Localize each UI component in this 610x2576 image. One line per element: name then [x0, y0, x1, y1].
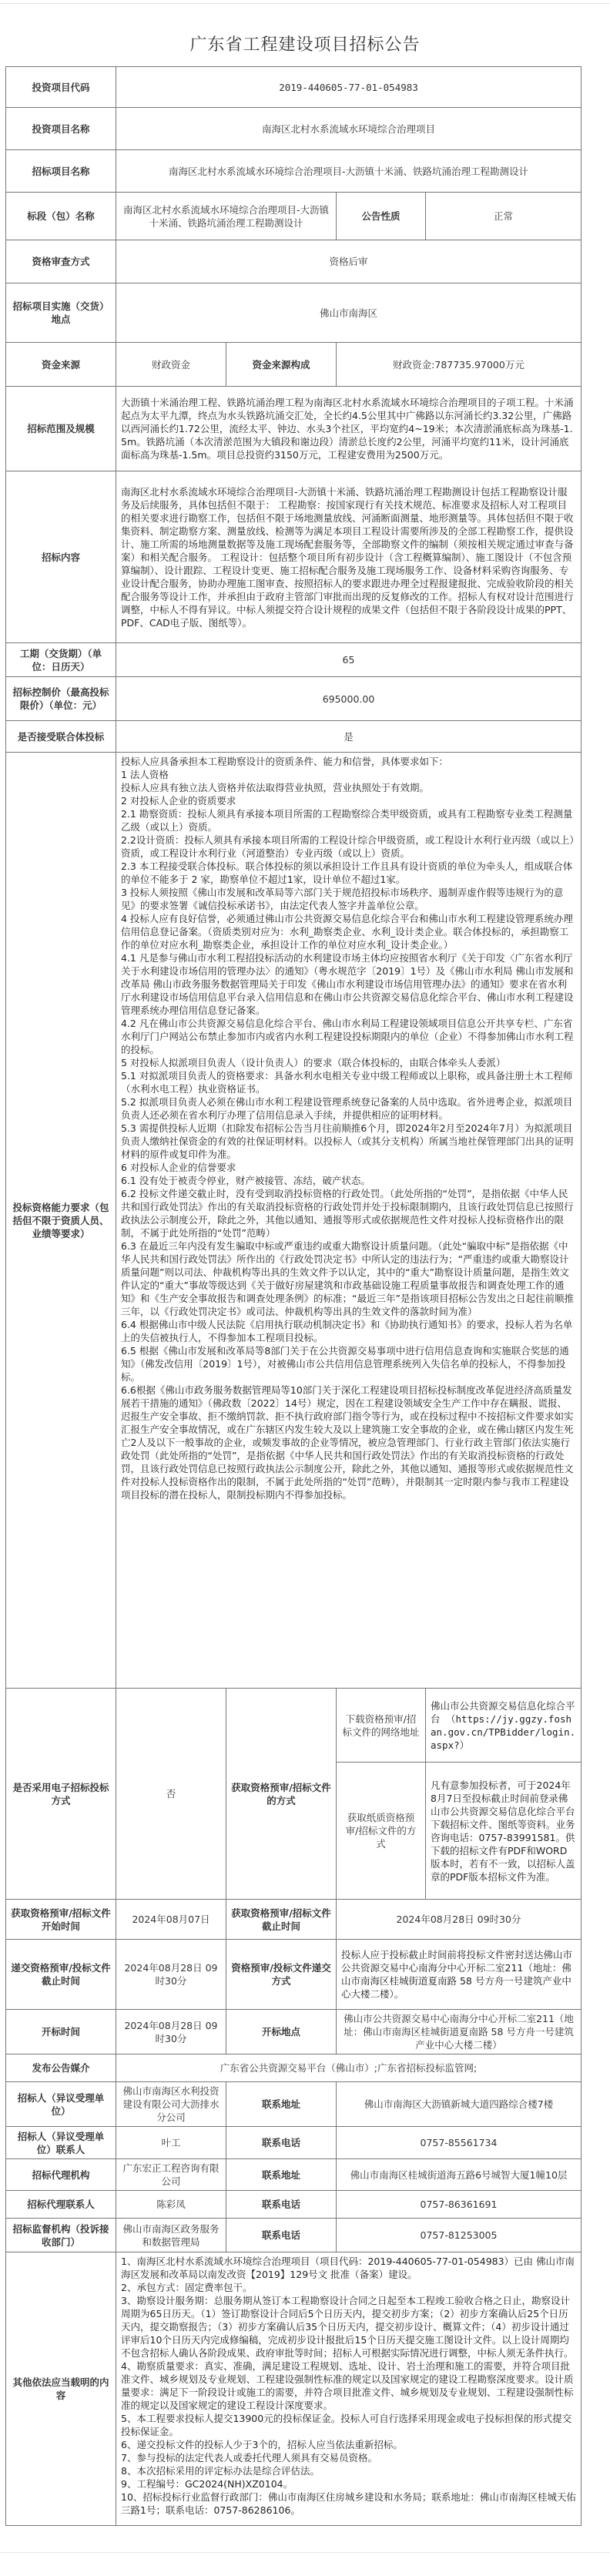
- label-other: 其他依法应当载明的内容: [6, 2252, 116, 2526]
- value-scope: 大沥镇十米涌治理工程、铁路坑涌治理工程为南海区北村水系流域水环境综合治理项目的子…: [116, 387, 582, 471]
- label-download-url: 下载资格预审/招标文件的网络地址: [337, 1689, 426, 1763]
- value-opening-time: 2024年08月28日 09时30分: [116, 2010, 226, 2054]
- qualification-paragraph: 投标人应具备承担本工程勘察设计的资质条件、能力和信誉，具体要求如下：: [121, 755, 576, 768]
- other-paragraph: 7、参与投标的法定代表人或委托代理人须具有交易员资格。: [121, 2451, 576, 2464]
- value-agency-contact: 陈彩凤: [116, 2191, 226, 2219]
- qualification-paragraph: 5.1 对拟派项目负责人的资格要求：具备水利水电相关专业中级工程师或以上职称，或…: [121, 1069, 576, 1095]
- value-duration: 65: [116, 643, 582, 677]
- label-section-name: 标段（包）名称: [6, 193, 116, 240]
- label-qualification: 投标资格能力要求（包括但不限于资质人员、业绩等要求）: [6, 753, 116, 1689]
- page-title: 广东省工程建设项目招标公告: [0, 32, 610, 55]
- value-opening-place: 佛山市公共资源交易中心南海分中心开标二室211（地址：佛山市南海区桂城街道夏南路…: [337, 2010, 582, 2054]
- qualification-paragraph: 4.1 凡是参与佛山市水利工程招投标活动的水利建设市场主体均应按照省水利厅《关于…: [121, 951, 576, 1017]
- value-supervisor: 佛山市南海区政务服务和数据管理局: [116, 2219, 226, 2252]
- value-agency-phone: 0757-86361691: [337, 2191, 582, 2219]
- value-agency-address: 佛山市南海区桂城街道海五路6号城智大厦1幢10层: [337, 2159, 582, 2191]
- row-consortium: 是否接受联合体投标 是: [6, 721, 582, 753]
- row-submit: 递交资格预审/投标文件截止时间 2024年08月28日 09时30分 资格预审/…: [6, 1940, 582, 2010]
- row-location: 招标项目实施（交货）地点 佛山市南海区: [6, 283, 582, 343]
- row-tender-name: 招标项目名称 南海区北村水系流域水环境综合治理项目-大沥镇十米涌、铁路坑涌治理工…: [6, 150, 582, 193]
- other-paragraph: 4、勘察质量要求：真实、准确，满足建设工程规划、选址、设计、岩土治理和施工的需要…: [121, 2360, 576, 2412]
- value-funding-composition: 财政资金:787735.97000万元: [337, 343, 582, 387]
- value-submit-method: 投标人应于投标截止时间前将投标文件密封送达佛山市公共资源交易中心南海分中心开标二…: [337, 1940, 582, 2010]
- row-agency-contact: 招标代理联系人 陈彩凤 联系电话 0757-86361691: [6, 2191, 582, 2219]
- qualification-paragraph: 6.5 根据《佛山市发展和改革局等8部门关于在公共资源交易事项中进行信用信息查询…: [121, 1344, 576, 1384]
- label-project-code: 投资项目代码: [6, 67, 116, 108]
- row-funding: 资金来源 财政资金 资金来源构成 财政资金:787735.97000万元: [6, 343, 582, 387]
- qualification-paragraph: 2.2设计资质：投标人须具有承接本项目所需的工程设计综合甲级资质，或工程设计水利…: [121, 834, 576, 860]
- label-doc-method: 获取资格预审/招标文件的方式: [226, 1689, 337, 1900]
- qualification-paragraph: 6.3 在最近三年内没有发生骗取中标或严重违约或重大勘察设计质量问题。（此处“骗…: [121, 1239, 576, 1318]
- qualification-paragraph: 6.2 投标文件递交截止时，没有受到取消投标资格的行政处罚。（此处所指的“处罚”…: [121, 1187, 576, 1239]
- label-paper-method: 获取纸质资格预审/招标文件的方式: [337, 1763, 426, 1900]
- label-scope: 招标范围及规模: [6, 387, 116, 471]
- other-paragraph: 3、勘察设计服务期：总服务期从签订本工程勘察设计合同之日起至本工程竣工验收合格之…: [121, 2294, 576, 2360]
- value-doc-start: 2024年08月07日: [116, 1900, 226, 1940]
- label-doc-start: 获取资格预审/招标文件开始时间: [6, 1900, 116, 1940]
- other-paragraph: 6、递交投标文件的投标人少于3个的，招标人应当依法重新招标。: [121, 2438, 576, 2451]
- value-qualification: 投标人应具备承担本工程勘察设计的资质条件、能力和信誉，具体要求如下： 1 法人资…: [116, 753, 582, 1689]
- row-qualification-review: 资格审查方式 资格后审: [6, 240, 582, 283]
- label-media: 发布公告媒介: [6, 2054, 116, 2082]
- label-submit-deadline: 递交资格预审/投标文件截止时间: [6, 1940, 116, 2010]
- value-tenderer-address: 佛山市南海区大沥镇新城大道四路综合楼7楼: [337, 2082, 582, 2127]
- tender-notice-table: 投资项目代码 2019-440605-77-01-054983 投资项目名称 南…: [5, 66, 582, 2526]
- row-control-price: 招标控制价（最高投标限价）（单位：元） 695000.00: [6, 677, 582, 721]
- label-supervisor-phone: 联系电话: [226, 2219, 337, 2252]
- label-project-name: 投资项目名称: [6, 108, 116, 150]
- row-project-name: 投资项目名称 南海区北村水系流域水环境综合治理项目: [6, 108, 582, 150]
- row-media: 发布公告媒介 广东省公共资源交易平台（佛山市）;广东省招标投标监管网;: [6, 2054, 582, 2082]
- value-funding-source: 财政资金: [116, 343, 226, 387]
- row-opening: 开标时间 2024年08月28日 09时30分 开标地点 佛山市公共资源交易中心…: [6, 2010, 582, 2054]
- label-agency-contact: 招标代理联系人: [6, 2191, 116, 2219]
- row-duration: 工期（交货期）（单位：日历天） 65: [6, 643, 582, 677]
- qualification-paragraph: 2.3 本工程接受联合体投标。联合体投标的须以承担设计工作且具有设计资质的单位为…: [121, 860, 576, 886]
- label-tender-name: 招标项目名称: [6, 150, 116, 193]
- label-consortium: 是否接受联合体投标: [6, 721, 116, 753]
- label-opening-place: 开标地点: [226, 2010, 337, 2054]
- link-download-url[interactable]: 佛山市公共资源交易信息化综合平台 （https://jy.ggzy.foshan…: [426, 1689, 582, 1763]
- label-location: 招标项目实施（交货）地点: [6, 283, 116, 343]
- label-duration: 工期（交货期）（单位：日历天）: [6, 643, 116, 677]
- label-qualification-review: 资格审查方式: [6, 240, 116, 283]
- qualification-paragraph: 3 投标人须按照《佛山市发展和改革局等六部门关于规范招投标市场秩序、遏制弄虚作假…: [121, 886, 576, 912]
- qualification-paragraph: 6.4 根据佛山市中级人民法院《启用执行联动机制决定书》和《协助执行通知书》的要…: [121, 1318, 576, 1344]
- value-submit-deadline: 2024年08月28日 09时30分: [116, 1940, 226, 2010]
- label-content: 招标内容: [6, 471, 116, 643]
- row-content: 招标内容 南海区北村水系流域水环境综合治理项目-大沥镇十米涌、铁路坑涌治理工程勘…: [6, 471, 582, 643]
- label-supervisor: 招标监督机构（投诉接收部门）: [6, 2219, 116, 2252]
- value-project-code: 2019-440605-77-01-054983: [116, 67, 582, 108]
- row-supervisor: 招标监督机构（投诉接收部门） 佛山市南海区政务服务和数据管理局 联系电话 075…: [6, 2219, 582, 2252]
- value-content: 南海区北村水系流域水环境综合治理项目-大沥镇十米涌、铁路坑涌治理工程勘测设计包括…: [116, 471, 582, 643]
- other-paragraph: 8、本次招标采用的评定标办法是综合评估法。: [121, 2464, 576, 2477]
- bottom-divider: [0, 2552, 610, 2576]
- label-notice-nature: 公告性质: [337, 193, 426, 240]
- qualification-paragraph: 2.1 勘察资质：投标人须具有承接本项目所需的工程勘察综合类甲级资质，或具有工程…: [121, 807, 576, 834]
- label-electronic: 是否采用电子招标投标方式: [6, 1689, 116, 1900]
- qualification-paragraph: 5.2 拟派项目负责人必须在佛山市水利工程建设管理系统登记备案的人员中选取。省外…: [121, 1095, 576, 1122]
- label-agency: 招标代理机构: [6, 2159, 116, 2191]
- label-tenderer: 招标人（异议受理单位）: [6, 2082, 116, 2127]
- qualification-paragraph: 投标人应具有独立法人资格并依法取得营业执照，营业执照处于有效期。: [121, 781, 576, 794]
- value-tenderer-contact: 叶工: [116, 2127, 226, 2159]
- value-supervisor-phone: 0757-81253005: [337, 2219, 582, 2252]
- other-paragraph: 9、工程编号：GC2024(NH)XZ0104。: [121, 2477, 576, 2490]
- row-agency: 招标代理机构 广东宏正工程咨询有限公司 联系地址 佛山市南海区桂城街道海五路6号…: [6, 2159, 582, 2191]
- value-location: 佛山市南海区: [116, 283, 582, 343]
- qualification-paragraph: 4.2 凡在佛山市公共资源交易信息化综合平台、佛山市水利局工程建设领域项目信息公…: [121, 1017, 576, 1056]
- other-paragraph: 2、承包方式：固定费率包干。: [121, 2281, 576, 2294]
- value-control-price: 695000.00: [116, 677, 582, 721]
- row-qualification: 投标资格能力要求（包括但不限于资质人员、业绩等要求） 投标人应具备承担本工程勘察…: [6, 753, 582, 1689]
- label-submit-method: 资格预审/投标文件递交方式: [226, 1940, 337, 2010]
- value-agency: 广东宏正工程咨询有限公司: [116, 2159, 226, 2191]
- row-section-name: 标段（包）名称 南海区北村水系流域水环境综合治理项目-大沥镇十米涌、铁路坑涌治理…: [6, 193, 582, 240]
- label-doc-end: 获取资格预审/招标文件截止时间: [226, 1900, 337, 1940]
- row-doc-time: 获取资格预审/招标文件开始时间 2024年08月07日 获取资格预审/招标文件截…: [6, 1900, 582, 1940]
- top-divider: [0, 3, 610, 8]
- row-tenderer: 招标人（异议受理单位） 佛山市南海区水利投资建设有限公司大沥排水分公司 联系地址…: [6, 2082, 582, 2127]
- qualification-paragraph: 1 法人资格: [121, 768, 576, 781]
- value-project-name: 南海区北村水系流域水环境综合治理项目: [116, 108, 582, 150]
- other-paragraph: 5、本工程要求投标人提交13900元的投标保证金。投标人可自行选择采用现金或电子…: [121, 2412, 576, 2438]
- other-paragraph: 10、招标投标行业监督行政部门：佛山市南海区住房城乡建设和水务局；联系地址：佛山…: [121, 2490, 576, 2517]
- row-scope: 招标范围及规模 大沥镇十米涌治理工程、铁路坑涌治理工程为南海区北村水系流域水环境…: [6, 387, 582, 471]
- value-tender-name: 南海区北村水系流域水环境综合治理项目-大沥镇十米涌、铁路坑涌治理工程勘测设计: [116, 150, 582, 193]
- qualification-paragraph: 2 对投标人企业的资质要求: [121, 794, 576, 807]
- other-paragraph: 1、南海区北村水系流域水环境综合治理项目（项目代码：2019-440605-77…: [121, 2255, 576, 2281]
- value-media: 广东省公共资源交易平台（佛山市）;广东省招标投标监管网;: [116, 2054, 582, 2082]
- value-tenderer: 佛山市南海区水利投资建设有限公司大沥排水分公司: [116, 2082, 226, 2127]
- value-consortium: 是: [116, 721, 582, 753]
- value-paper-method: 凡有意参加投标者，可于2024年8月7日至投标截止时间前登录佛山市公共资源交易信…: [426, 1763, 582, 1900]
- value-tenderer-phone: 0757-85561734: [337, 2127, 582, 2159]
- qualification-paragraph: 6.1 没有处于被责令停业，财产被接管、冻结，破产状态。: [121, 1174, 576, 1187]
- label-tenderer-address: 联系地址: [226, 2082, 337, 2127]
- label-control-price: 招标控制价（最高投标限价）（单位：元）: [6, 677, 116, 721]
- value-section-name: 南海区北村水系流域水环境综合治理项目-大沥镇十米涌、铁路坑涌治理工程勘测设计: [116, 193, 337, 240]
- row-project-code: 投资项目代码 2019-440605-77-01-054983: [6, 67, 582, 108]
- label-funding-composition: 资金来源构成: [226, 343, 337, 387]
- value-doc-end: 2024年08月28日 09时30分: [337, 1900, 582, 1940]
- label-tenderer-phone: 联系电话: [226, 2127, 337, 2159]
- label-agency-address: 联系地址: [226, 2159, 337, 2191]
- row-electronic-download: 是否采用电子招标投标方式 否 获取资格预审/招标文件的方式 下载资格预审/招标文…: [6, 1689, 582, 1763]
- qualification-paragraph: 4 投标人应有良好信誉，必须通过佛山市公共资源交易信息化综合平台和佛山市水利工程…: [121, 912, 576, 951]
- label-tenderer-contact: 招标人（异议受理单位）联系人: [6, 2127, 116, 2159]
- row-other: 其他依法应当载明的内容 1、南海区北村水系流域水环境综合治理项目（项目代码：20…: [6, 2252, 582, 2526]
- label-agency-phone: 联系电话: [226, 2191, 337, 2219]
- qualification-paragraph: 5 对投标人拟派项目负责人（设计负责人）的要求（联合体投标的，由联合体牵头人委派…: [121, 1056, 576, 1069]
- value-qualification-review: 资格后审: [116, 240, 582, 283]
- label-opening-time: 开标时间: [6, 2010, 116, 2054]
- qualification-paragraph: 5.3 需提供投标人近期（扣除发布招标公告当月往前顺推6个月，即2024年2月至…: [121, 1122, 576, 1161]
- label-funding-source: 资金来源: [6, 343, 116, 387]
- qualification-paragraph: 6 对投标人企业的信誉要求: [121, 1161, 576, 1174]
- qualification-paragraph: 6.6根据《佛山市政务服务数据管理局等10部门关于深化工程建设项目招标投标制度改…: [121, 1384, 576, 1501]
- value-notice-nature: 正常: [426, 193, 582, 240]
- value-other: 1、南海区北村水系流域水环境综合治理项目（项目代码：2019-440605-77…: [116, 2252, 582, 2526]
- value-electronic: 否: [116, 1689, 226, 1900]
- row-tenderer-contact: 招标人（异议受理单位）联系人 叶工 联系电话 0757-85561734: [6, 2127, 582, 2159]
